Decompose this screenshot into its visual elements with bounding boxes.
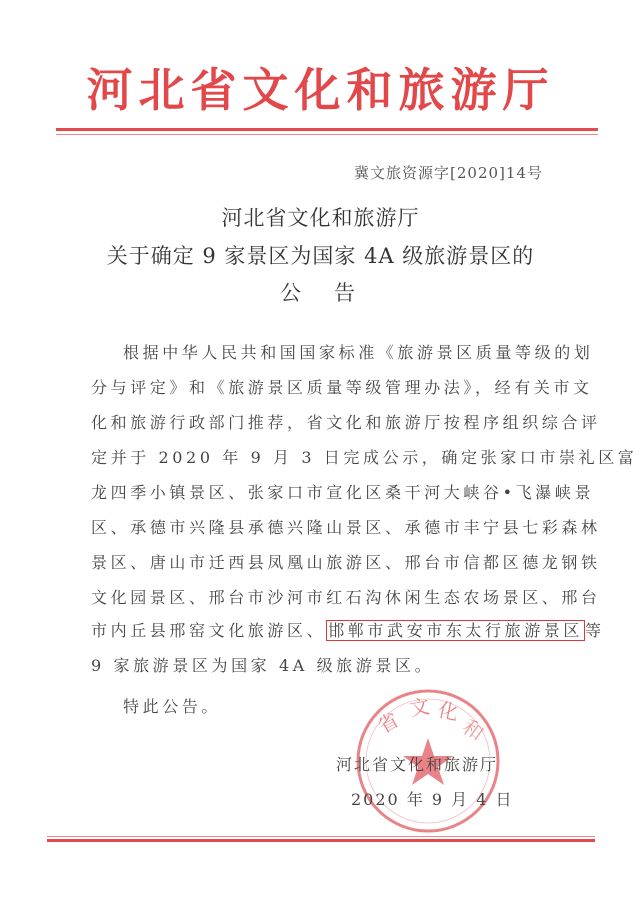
svg-text:化: 化 [436, 697, 461, 725]
masthead-rule-thin [56, 134, 598, 135]
signature-date: 2020 年 9 月 4 日 [351, 787, 514, 810]
title-line-1: 河北省文化和旅游厅 [0, 205, 641, 231]
body-line-4: 定并于 2020 年 9 月 3 日完成公示，确定张家口市崇礼区富 [91, 447, 551, 469]
title-line-2: 关于确定 9 家景区为国家 4A 级旅游景区的 [0, 243, 641, 269]
body-line-10: 9 家旅游景区为国家 4A 级旅游景区。 [91, 655, 551, 677]
masthead-rule-thick [56, 128, 598, 131]
body-line-9: 市内丘县邢窑文化旅游区、邯郸市武安市东太行旅游景区等 [91, 620, 551, 642]
body-line-7: 景区、唐山市迁西县凤凰山旅游区、邢台市信都区德龙钢铁 [91, 552, 551, 574]
body-line-1: 根据中华人民共和国国家标准《旅游景区质量等级的划 [123, 342, 583, 364]
signature-issuer: 河北省文化和旅游厅 [336, 752, 498, 775]
body-line-9-suffix: 等 [585, 621, 605, 640]
body-line-9-prefix: 市内丘县邢窑文化旅游区、 [91, 621, 326, 640]
body-line-2: 分与评定》和《旅游景区质量等级管理办法》，经有关市文 [91, 377, 551, 399]
body-line-6: 区、承德市兴隆县承德兴隆山景区、承德市丰宁县七彩森林 [91, 517, 551, 539]
footer-rule-thin [47, 836, 595, 837]
title-line-3: 公 告 [0, 280, 641, 306]
body-line-3: 化和旅游行政部门推荐，省文化和旅游厅按程序组织综合评 [91, 412, 551, 434]
document-number: 冀文旅资源字[2020]14号 [354, 162, 543, 183]
masthead-title: 河北省文化和旅游厅 [0, 62, 641, 118]
svg-text:文: 文 [408, 694, 432, 721]
footer-rule-thick [47, 839, 595, 842]
highlighted-scenic-area: 邯郸市武安市东太行旅游景区 [326, 620, 585, 641]
body-line-8: 文化园景区、邢台市沙河市红石沟休闲生态农场景区、邢台 [91, 587, 551, 609]
body-line-5: 龙四季小镇景区、张家口市宣化区桑干河大峡谷•飞瀑峡景 [91, 482, 551, 504]
